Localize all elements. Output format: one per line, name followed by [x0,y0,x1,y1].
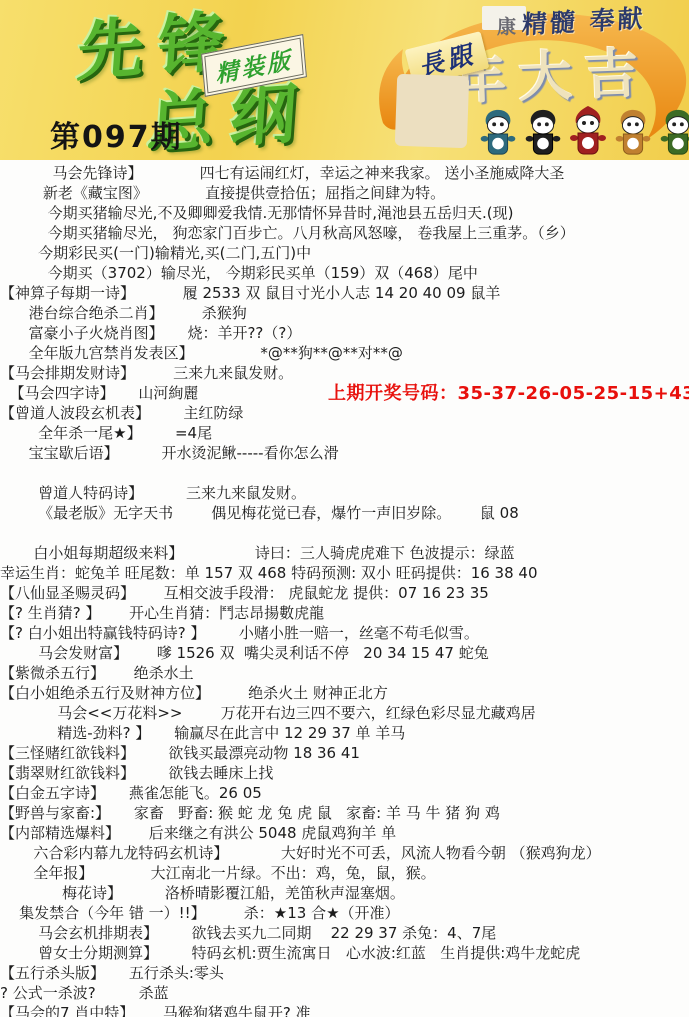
text-line: 【八仙显圣赐灵码】 互相交波手段滑： 虎鼠蛇龙 提供：07 16 23 35 [0,583,689,603]
text-line: 今期买猪输尽光,不及卿卿爱我情.无那情怀异昔时,渑池县五岳归天.(现) [0,203,689,223]
text-line [0,523,689,543]
text-line: ? 公式一杀波? 杀蓝 [0,983,689,1003]
text-line: 【三怪赌红欲钱料】 欲钱买最漂亮动物 18 36 41 [0,743,689,763]
text-line: 港台综合绝杀二肖】 杀猴狗 [0,303,689,323]
blank-patch-center [395,74,469,148]
text-line: 【曾道人波段玄机表】 主红防绿 [0,403,689,423]
top-slogan: 精髓 奉献 [521,0,646,41]
text-line: 今期买（3702）输尽光， 今期彩民买单（159）双（468）尾中 [0,263,689,283]
last-draw-numbers: 上期开奖号码：35-37-26-05-25-15+43 [328,379,689,405]
text-line: 今期彩民买(一门)输精光,买(二门,五门)中 [0,243,689,263]
tips-text-block: 马会先锋诗】 四七有运闹红灯，幸运之神来我家。 送小圣施威降大圣 新老《藏宝图》… [0,160,689,1017]
text-line: 【内部精选爆料】 后来继之有洪公 5048 虎鼠鸡狗羊 单 [0,823,689,843]
text-line: 【白小姐绝杀五行及财神方位】 绝杀火土 财神正北方 [0,683,689,703]
text-line: 曾女士分期测算】 特码玄机:贾生流寓日 心水波:红蓝 生肖提供:鸡牛龙蛇虎 [0,943,689,963]
text-line: 新老《藏宝图》 直接提供壹拾伍；屈指之间肆为特。 [0,183,689,203]
mascot-row [478,106,689,158]
fuwa-jingjing-panda-icon [523,108,563,158]
text-line: 《最老版》无字天书 偶见梅花觉已春，爆竹一声旧岁除。 鼠 08 [0,503,689,523]
text-line [0,463,689,483]
text-line: 马会发财富】 嗲 1526 双 嘴尖灵利话不停 20 34 15 47 蛇兔 [0,643,689,663]
text-line: 【神算子每期一诗】 履 2533 双 鼠目寸光小人志 14 20 40 09 鼠… [0,283,689,303]
text-line: 【? 生肖猜? 】 开心生肖猜：鬥志昂揚數虎龍 [0,603,689,623]
text-line: 集发禁合（今年 错 一）!!】 杀：★13 合★（开准） [0,903,689,923]
text-line: 马会先锋诗】 四七有运闹红灯，幸运之神来我家。 送小圣施威降大圣 [0,163,689,183]
partial-character: 康 [497,12,516,39]
text-line: 全年杀一尾★】 =4尾 [0,423,689,443]
text-line: 全年版九宫禁肖发表区】 *@**狗**@**对**@ [0,343,689,363]
tip-sheet-page: 年大吉 長跟 康 精髓 奉献 先锋 总纲 精装版 第097期 马会先锋诗】 四七… [0,0,689,1017]
text-line: 【翡翠财红欲钱料】 欲钱去睡床上找 [0,763,689,783]
text-line: 马会玄机排期表】 欲钱去买九二同期 22 29 37 杀兔：4、7尾 [0,923,689,943]
text-line: 六合彩内幕九龙特码玄机诗】 大好时光不可丢，风流人物看今朝 （猴鸡狗龙） [0,843,689,863]
text-line: 曾道人特码诗】 三来九来鼠发财。 [0,483,689,503]
text-line: 精选-劲料? 】 输赢尽在此言中 12 29 37 单 羊马 [0,723,689,743]
fuwa-nini-green-icon [658,108,689,158]
text-line: 【马会的7 肖中特】 马猴狗猪鸡牛鼠开? 准 [0,1003,689,1017]
text-line: 全年报】 大江南北一片绿。不出：鸡，兔，鼠，猴。 [0,863,689,883]
fuwa-beibei-blue-icon [478,108,518,158]
text-line: 【? 白小姐出特赢钱特码诗? 】 小赌小胜一赔一，丝毫不苟毛似雪。 [0,623,689,643]
text-line: 宝宝歇后语】 开水烫泥鳅-----看你怎么滑 [0,443,689,463]
fuwa-huanhuan-red-icon [568,106,608,158]
text-line: 白小姐每期超级来料】 诗曰：三人骑虎虎难下 色波提示：绿蓝 [0,543,689,563]
masthead: 年大吉 長跟 康 精髓 奉献 先锋 总纲 精装版 第097期 [0,0,689,160]
text-line: 【紫微杀五行】 绝杀水土 [0,663,689,683]
text-line: 【五行杀头版】 五行杀头:零头 [0,963,689,983]
text-line: 今期买猪输尽光， 狗恋家门百步亡。八月秋高风怒嚎， 卷我屋上三重茅。（乡） [0,223,689,243]
text-line: 【野兽与家畜:】 家畜 野畜: 猴 蛇 龙 兔 虎 鼠 家畜: 羊 马 牛 猪 … [0,803,689,823]
text-line: 幸运生肖：蛇兔羊 旺尾数：单 157 双 468 特码预测: 双小 旺码提供：1… [0,563,689,583]
issue-number: 第097期 [50,112,183,156]
text-line: 富豪小子火烧肖图】 烧：羊开??（?） [0,323,689,343]
fuwa-yingying-orange-icon [613,108,653,158]
text-line: 马会<<万花料>> 万花开右边三四不要六，红绿色彩尽显尤藏鸡居 [0,703,689,723]
text-line: 【白金五字诗】 燕雀怎能飞。26 05 [0,783,689,803]
text-line: 梅花诗】 洛桥晴影覆江船，羌笛秋声湿塞烟。 [0,883,689,903]
